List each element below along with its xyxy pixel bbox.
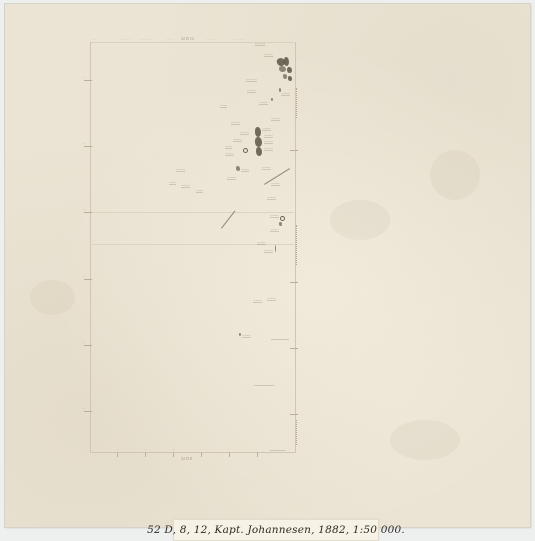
right-tick — [290, 414, 298, 415]
place-name: ·········· — [257, 241, 266, 245]
place-name: ·········· — [271, 117, 280, 121]
place-name: ········ — [169, 181, 176, 185]
place-name: ·········· — [176, 168, 185, 172]
place-name: ·········· — [270, 228, 279, 232]
place-name: ·········· — [262, 127, 271, 131]
bottom-tick — [257, 452, 258, 457]
place-name — [254, 383, 274, 386]
place-name: ········ — [196, 189, 203, 193]
island — [283, 74, 287, 79]
place-name: ·········· — [240, 131, 249, 135]
bottom-tick — [173, 452, 174, 457]
place-name: ·········· — [231, 121, 240, 125]
bottom-tick — [117, 452, 118, 457]
bottom-tick-label: · — [116, 447, 117, 452]
place-name: ········ — [225, 145, 232, 149]
sheet-code-bottom: 52 D 8 — [181, 456, 192, 461]
place-name: ·········· — [264, 134, 273, 138]
left-tick: ··· — [84, 146, 92, 147]
paper-stain — [30, 280, 75, 315]
grid-line — [90, 212, 294, 213]
place-name: ·········· — [262, 166, 271, 170]
island — [287, 67, 292, 73]
left-tick-label: ··· — [82, 341, 85, 345]
place-name — [271, 337, 289, 340]
bottom-tick-label: · — [256, 447, 257, 452]
bottom-tick-label: · — [172, 447, 173, 452]
island — [236, 166, 240, 171]
left-tick: ···· — [84, 411, 92, 412]
place-name: ·········· — [259, 101, 268, 105]
place-name: ·········· — [267, 297, 276, 301]
right-tick — [290, 150, 298, 151]
island — [256, 147, 262, 156]
rock-symbol — [280, 216, 285, 221]
left-tick-label: ···· — [82, 76, 86, 80]
island — [284, 57, 289, 66]
island — [239, 333, 241, 336]
map-caption-text: 52 D, 8, 12, Kapt. Johannesen, 1882, 1:5… — [147, 524, 405, 536]
place-name: ·········· — [253, 299, 262, 303]
island — [271, 98, 273, 101]
left-tick-label: ···· — [82, 407, 86, 411]
bottom-tick-label: · — [200, 447, 201, 452]
bottom-tick — [145, 452, 146, 457]
paper-stain — [330, 200, 390, 240]
sheet-code-top: 52 D 12 — [181, 36, 194, 41]
place-name: ·········· — [267, 196, 276, 200]
top-edge-label: ········ — [206, 38, 217, 42]
right-edge-annotation — [296, 420, 297, 445]
place-name: ·········· — [264, 140, 273, 144]
top-edge-label: ····· — [166, 38, 173, 42]
paper-stain — [430, 150, 480, 200]
top-edge-label: ········ — [120, 38, 131, 42]
right-edge-annotation — [296, 225, 297, 265]
island — [255, 127, 261, 137]
place-name: ·········· — [242, 334, 251, 338]
paper-stain — [390, 420, 460, 460]
place-name: ·········· — [271, 182, 280, 186]
place-name: ·········· — [181, 184, 190, 188]
bottom-tick-label: · — [228, 447, 229, 452]
island — [279, 66, 286, 72]
place-name: ·········· — [264, 249, 273, 253]
place-name: ·········· — [264, 53, 273, 57]
place-name: ·········· — [264, 147, 273, 151]
top-edge-label: ··· — [92, 38, 96, 42]
place-name: ·········· — [225, 152, 234, 156]
left-tick: ···· — [84, 80, 92, 81]
place-name: ·········· — [227, 176, 236, 180]
left-tick-label: ··· — [82, 275, 85, 279]
left-tick: ··· — [84, 345, 92, 346]
island — [288, 76, 292, 81]
right-edge-annotation — [296, 88, 297, 118]
rock-symbol — [243, 148, 248, 153]
place-name: ········· — [255, 41, 265, 46]
bottom-tick — [201, 452, 202, 457]
top-edge-label: ·········· — [140, 38, 154, 42]
left-tick: ··· — [84, 279, 92, 280]
place-name: ·········· — [247, 89, 256, 93]
place-name: ········· — [241, 168, 249, 172]
island — [275, 245, 276, 252]
left-tick: ···· — [84, 212, 92, 213]
top-edge-label: ········ — [234, 38, 245, 42]
island — [279, 222, 282, 226]
place-name: ············ — [246, 78, 257, 82]
place-name: ········ — [220, 104, 227, 108]
bottom-tick — [229, 452, 230, 457]
left-tick-label: ···· — [82, 208, 86, 212]
bottom-tick-label: · — [144, 447, 145, 452]
right-tick — [290, 282, 298, 283]
left-tick-label: ··· — [82, 142, 85, 146]
island — [255, 137, 262, 147]
place-name: ·········· — [281, 92, 290, 96]
map-caption-label: 52 D, 8, 12, Kapt. Johannesen, 1882, 1:5… — [173, 519, 379, 541]
place-name — [270, 448, 286, 451]
place-name: ·········· — [270, 214, 279, 218]
place-name: ·········· — [233, 138, 242, 142]
right-tick — [290, 348, 298, 349]
